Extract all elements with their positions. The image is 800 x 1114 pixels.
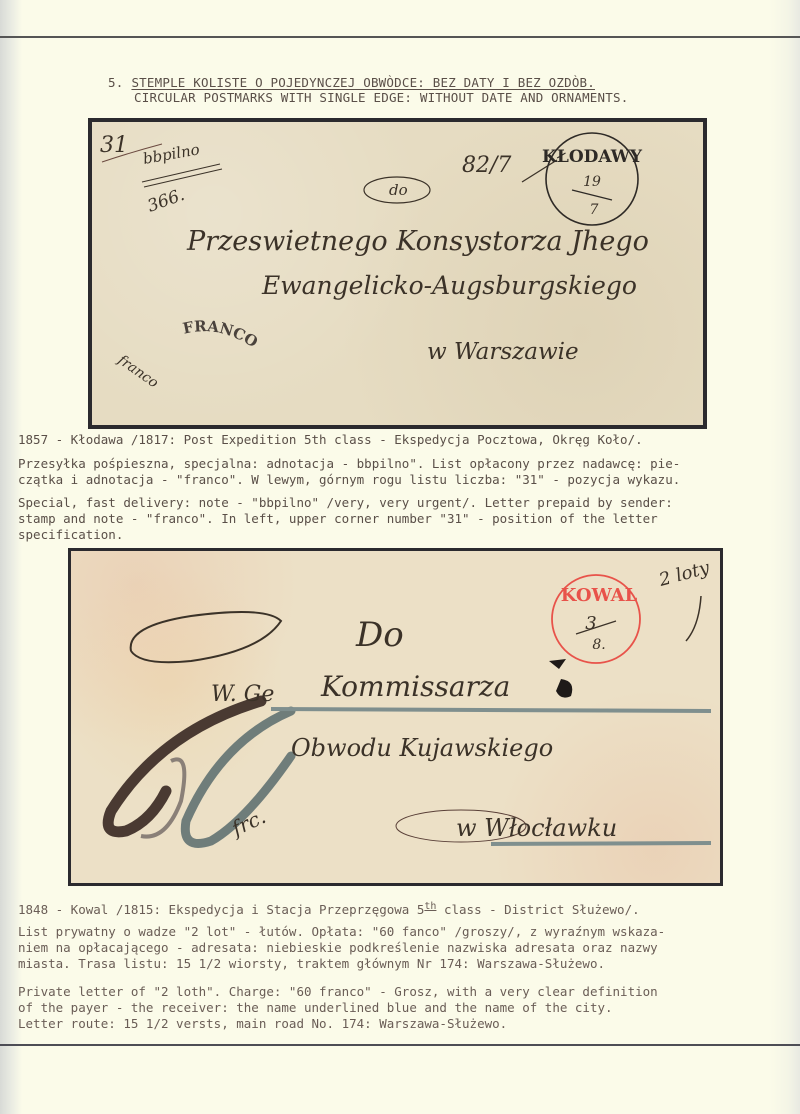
address-line-2: Ewangelicko-Augsburgskiego [261,271,637,300]
corner-number: 31 [100,133,128,158]
address-prefix: Do [355,615,404,655]
charge-note: frc. [226,804,269,841]
registry-number: 366. [145,185,187,217]
urgent-note: bbpilno [142,140,201,168]
envelope-kowal-handwriting: 60 frc. Do W. Ge Kommissarza Obwodu Kuja… [71,551,720,883]
letter-1-english-description: Special, fast delivery: note - "bbpilno"… [18,495,673,543]
salutation: W. Ge [211,682,274,707]
heading-polish: STEMPLE KOLISTE O POJEDYNCZEJ OBWÒDCE: B… [131,75,595,90]
charge-amount: 60 [91,551,93,552]
letter-2-title: 1848 - Kowal /1815: Ekspedycja i Stacja … [18,899,640,918]
address-prefix: do [389,181,408,199]
postmark-day: 19 [583,174,601,190]
blue-underline-name [271,709,711,711]
franco-stamp: FRANCO [181,317,261,351]
superscript-th: th [424,901,436,912]
address-line-2: Obwodu Kujawskiego [291,734,553,762]
rate-mark: 82/7 [462,153,511,178]
postmark-kowal: KOWAL 3 8. [552,575,640,663]
section-heading: 5.STEMPLE KOLISTE O POJEDYNCZEJ OBWÒDCE:… [108,75,628,105]
address-city: w Włocławku [456,814,617,842]
heading-english: CIRCULAR POSTMARKS WITH SINGLE EDGE: WIT… [108,90,628,105]
bottom-rule-line [0,1044,800,1046]
postmark-town: KŁODAWY [542,147,643,167]
envelope-klodawa: 31 bbpilno 366. do 82/7 KŁODAWY 19 7 Prz… [88,118,707,429]
blue-underline-city [491,843,711,844]
envelope-klodawa-handwriting: 31 bbpilno 366. do 82/7 KŁODAWY 19 7 Prz… [92,122,703,425]
postmark-month: 8. [592,637,605,653]
weight-note: 2 loty [656,557,713,591]
page-right-shadow [770,0,800,1114]
franco-note: franco [114,352,161,392]
envelope-kowal: 60 frc. Do W. Ge Kommissarza Obwodu Kuja… [68,548,723,886]
top-rule-line [0,36,800,38]
section-number: 5. [108,75,123,90]
address-line-1: Kommissarza [320,670,510,703]
letter-1-polish-description: Przesyłka pośpieszna, specjalna: adnotac… [18,456,680,488]
letter-2-polish-description: List prywatny o wadze "2 lot" - łutów. O… [18,924,665,972]
letter-1-title: 1857 - Kłodawa /1817: Post Expedition 5t… [18,432,643,448]
address-line-1: Przeswietnego Konsystorza Jhego [186,226,649,257]
address-city: w Warszawie [427,339,579,365]
letter-2-english-description: Private letter of "2 loth". Charge: "60 … [18,984,658,1032]
postmark-town: KOWAL [561,585,638,606]
postmark-month: 7 [590,202,599,218]
postmark-klodawa: KŁODAWY 19 7 [542,133,643,225]
